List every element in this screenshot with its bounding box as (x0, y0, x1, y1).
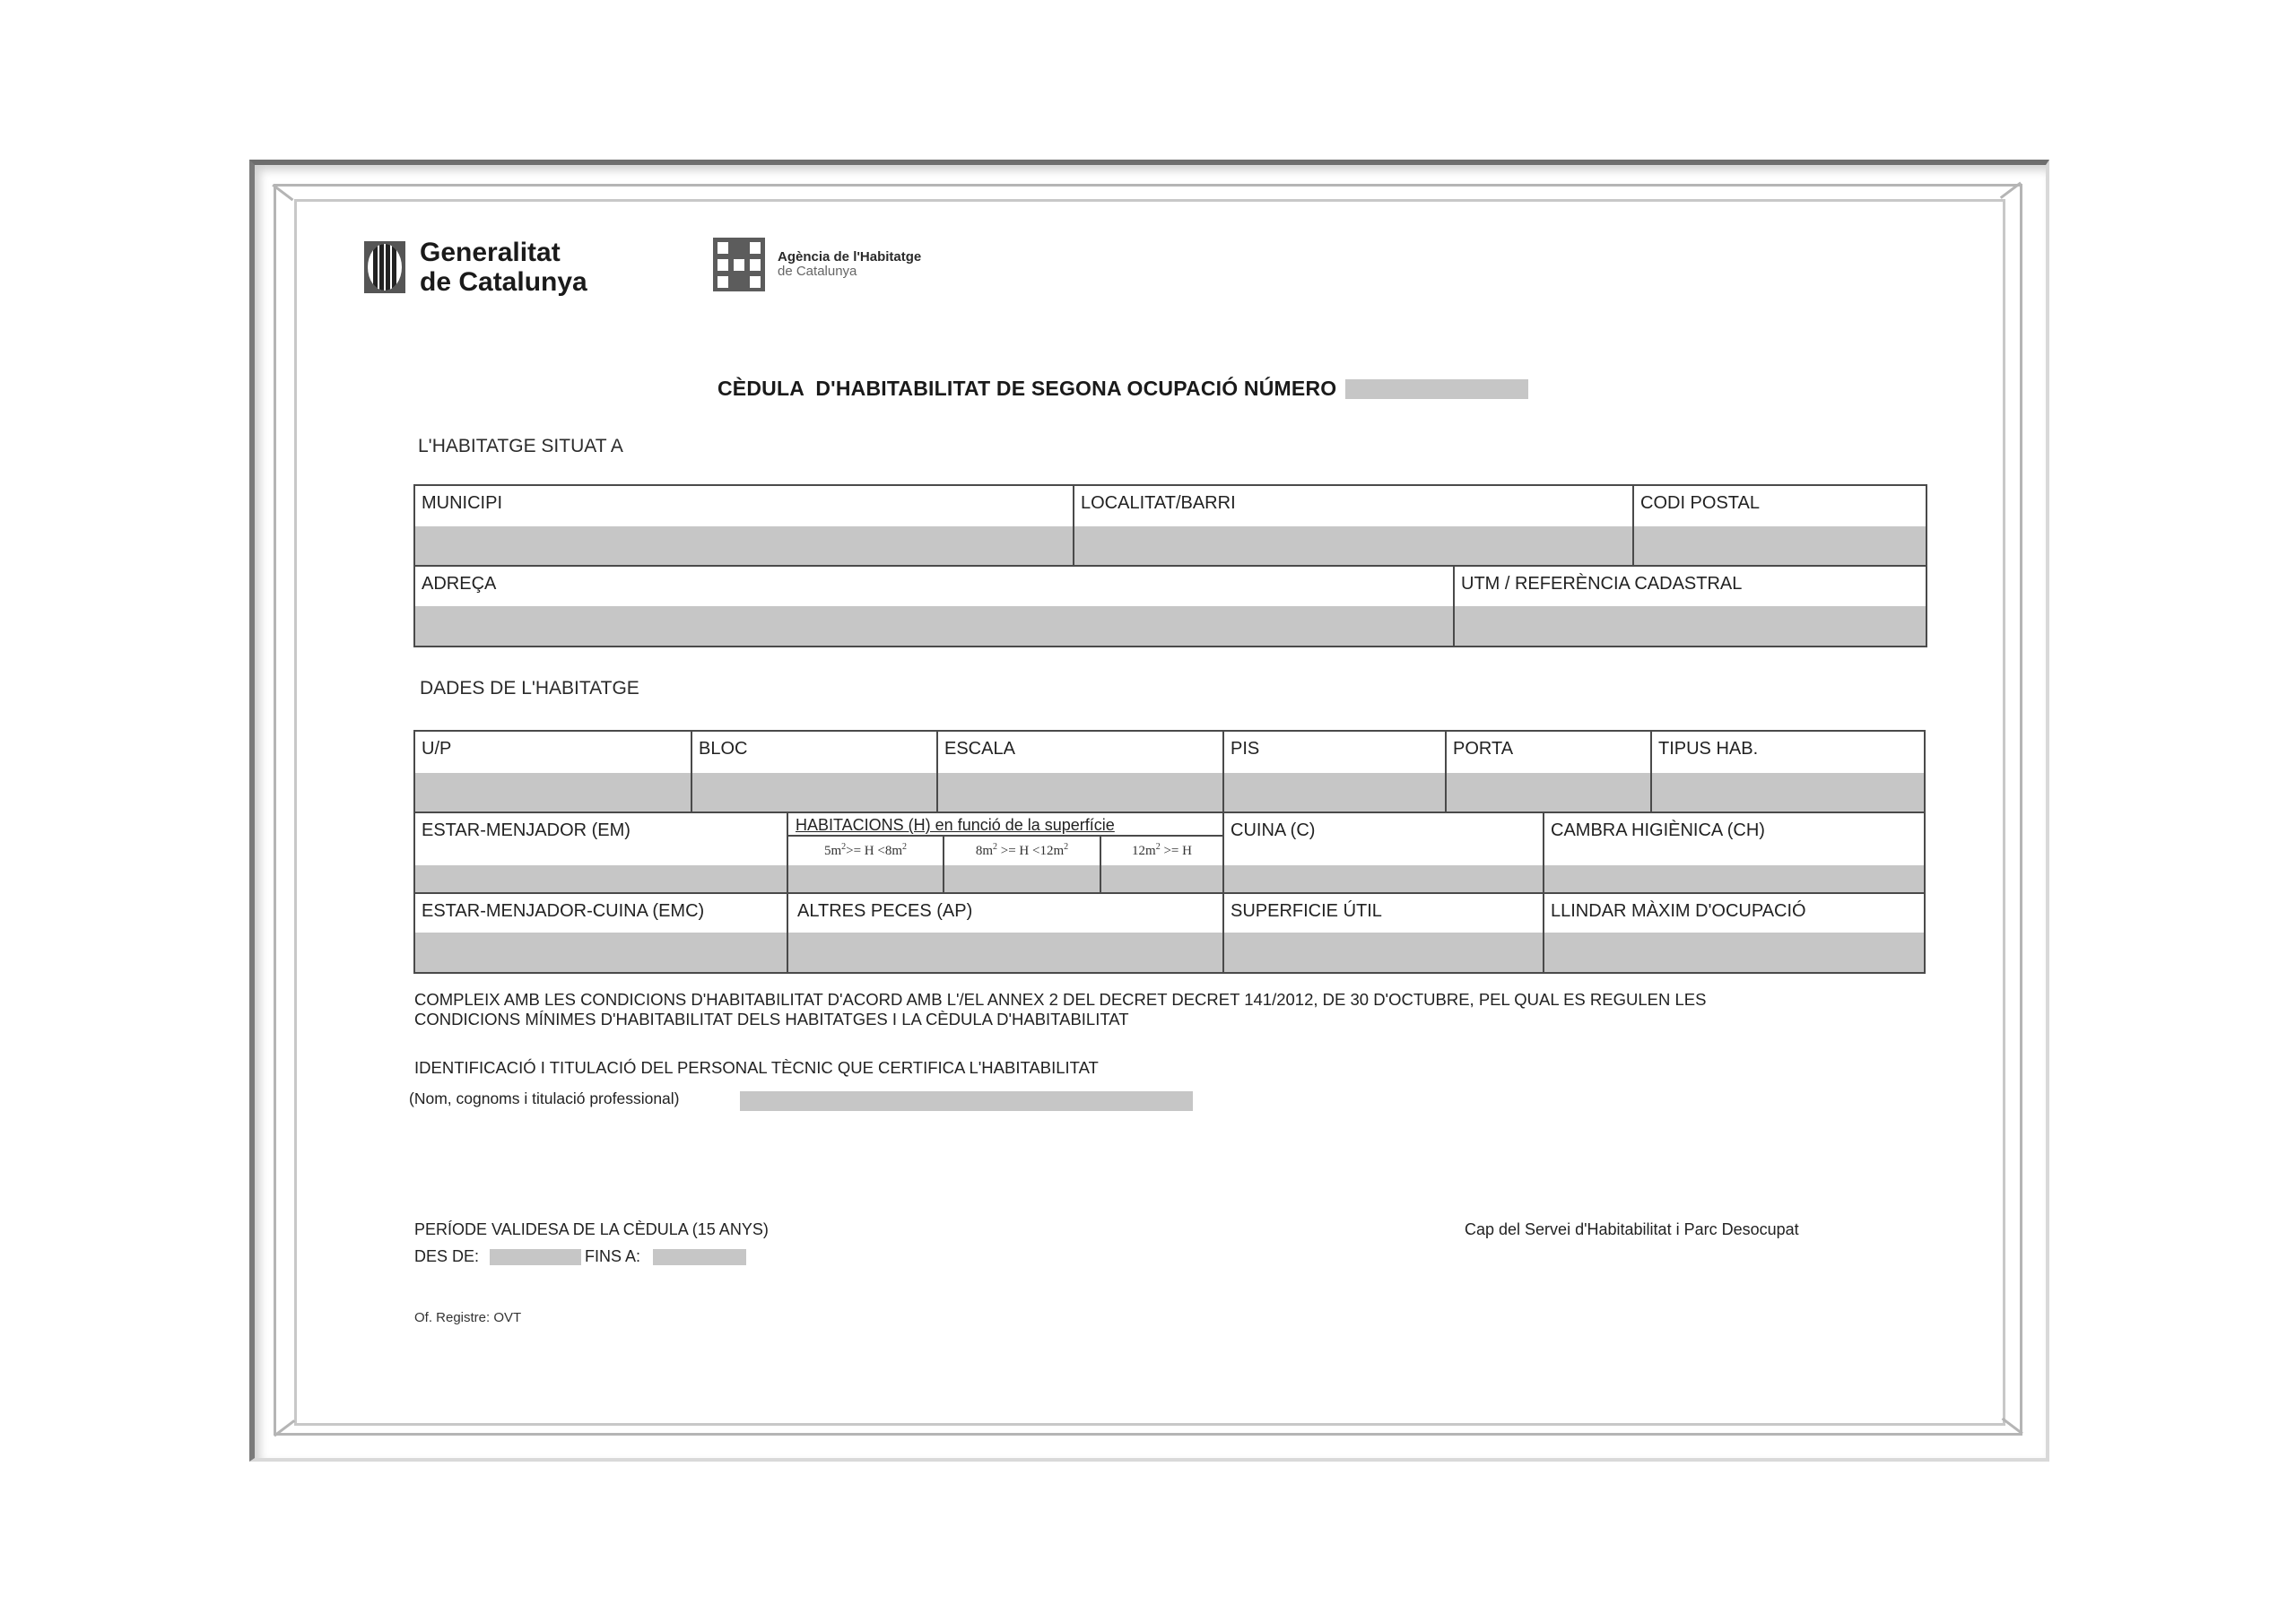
codi-postal-label: CODI POSTAL (1640, 493, 1760, 514)
municipi-label: MUNICIPI (422, 493, 502, 514)
pis-label: PIS (1231, 739, 1259, 759)
municipi-cell[interactable]: MUNICIPI (415, 486, 1074, 567)
up-value-redacted (415, 773, 691, 811)
estar-menjador-label: ESTAR-MENJADOR (EM) (422, 820, 631, 841)
compliance-statement: COMPLEIX AMB LES CONDICIONS D'HABITABILI… (414, 990, 1706, 1029)
emc-value-redacted (415, 933, 787, 972)
valid-to-redacted (653, 1249, 746, 1265)
generalitat-emblem-icon (364, 241, 405, 293)
superficie-util-label: SUPERFICIE ÚTIL (1231, 901, 1382, 922)
habitacions-range-large[interactable]: 12m2 >= H (1101, 835, 1222, 892)
agency-building-icon (713, 238, 765, 291)
altres-peces-label: ALTRES PECES (AP) (797, 901, 972, 922)
generalitat-name-line1: Generalitat (420, 238, 587, 267)
tipus-hab-value-redacted (1652, 773, 1924, 811)
emc-cell[interactable]: ESTAR-MENJADOR-CUINA (EMC) (415, 894, 788, 972)
up-cell[interactable]: U/P (415, 732, 692, 813)
cambra-higienica-cell[interactable]: CAMBRA HIGIÈNICA (CH) (1544, 813, 1924, 894)
emc-label: ESTAR-MENJADOR-CUINA (EMC) (422, 901, 704, 922)
agency-logo: Agència de l'Habitatge de Catalunya (713, 238, 921, 291)
certificate-number-redacted (1345, 379, 1528, 399)
localitat-value-redacted (1074, 526, 1632, 565)
llindar-ocupacio-cell[interactable]: LLINDAR MÀXIM D'OCUPACIÓ (1544, 894, 1924, 972)
escala-value-redacted (938, 773, 1222, 811)
cuina-label: CUINA (C) (1231, 820, 1315, 841)
adreca-label: ADREÇA (422, 574, 496, 595)
dwelling-table: U/P BLOC ESCALA PIS PORTA TIPUS HAB. EST… (413, 730, 1926, 974)
technician-name-redacted (740, 1091, 1193, 1111)
habitacions-range-small[interactable]: 5m2>= H <8m2 (788, 835, 944, 892)
document-title: CÈDULA D'HABITABILITAT DE SEGONA OCUPACI… (717, 377, 1528, 401)
altres-peces-cell[interactable]: ALTRES PECES (AP) (788, 894, 1224, 972)
up-label: U/P (422, 739, 451, 759)
altres-peces-value-redacted (788, 933, 1222, 972)
range-small-value-redacted (788, 865, 943, 892)
range-label-large: 12m2 >= H (1101, 842, 1222, 859)
bloc-cell[interactable]: BLOC (692, 732, 938, 813)
habitacions-cell: HABITACIONS (H) en funció de la superfíc… (788, 813, 1224, 894)
technician-name-label: (Nom, cognoms i titulació professional) (409, 1089, 680, 1108)
signatory-title: Cap del Servei d'Habitabilitat i Parc De… (1465, 1220, 1799, 1239)
porta-value-redacted (1447, 773, 1650, 811)
bloc-label: BLOC (699, 739, 747, 759)
range-large-value-redacted (1101, 865, 1222, 892)
localitat-label: LOCALITAT/BARRI (1081, 493, 1236, 514)
validity-heading: PERÍODE VALIDESA DE LA CÈDULA (15 ANYS) (414, 1220, 769, 1239)
cambra-higienica-value-redacted (1544, 865, 1924, 892)
compliance-line-2: CONDICIONS MÍNIMES D'HABITABILITAT DELS … (414, 1010, 1706, 1029)
location-section-label: L'HABITATGE SITUAT A (418, 436, 623, 457)
utm-value-redacted (1455, 606, 1926, 646)
agency-name-line1: Agència de l'Habitatge (778, 250, 921, 265)
tipus-hab-cell[interactable]: TIPUS HAB. (1652, 732, 1924, 813)
pis-value-redacted (1224, 773, 1445, 811)
cuina-cell[interactable]: CUINA (C) (1224, 813, 1544, 894)
title-text: CÈDULA D'HABITABILITAT DE SEGONA OCUPACI… (717, 377, 1336, 401)
escala-label: ESCALA (944, 739, 1015, 759)
utm-cell[interactable]: UTM / REFERÈNCIA CADASTRAL (1455, 567, 1926, 646)
superficie-util-value-redacted (1224, 933, 1543, 972)
bloc-value-redacted (692, 773, 936, 811)
adreca-cell[interactable]: ADREÇA (415, 567, 1455, 646)
adreca-value-redacted (415, 606, 1453, 646)
habitacions-label: HABITACIONS (H) en funció de la superfíc… (796, 816, 1115, 835)
cuina-value-redacted (1224, 865, 1543, 892)
municipi-value-redacted (415, 526, 1073, 565)
cambra-higienica-label: CAMBRA HIGIÈNICA (CH) (1551, 820, 1765, 841)
technician-heading: IDENTIFICACIÓ I TITULACIÓ DEL PERSONAL T… (414, 1058, 1099, 1078)
estar-menjador-value-redacted (415, 865, 787, 892)
valid-from-redacted (490, 1249, 581, 1265)
tipus-hab-label: TIPUS HAB. (1658, 739, 1758, 759)
valid-to-label: FINS A: (585, 1247, 640, 1266)
valid-from-label: DES DE: (414, 1247, 479, 1266)
generalitat-logo: Generalitat de Catalunya (364, 238, 587, 297)
llindar-ocupacio-value-redacted (1544, 933, 1924, 972)
range-medium-value-redacted (944, 865, 1100, 892)
porta-label: PORTA (1453, 739, 1513, 759)
codi-postal-value-redacted (1634, 526, 1926, 565)
codi-postal-cell[interactable]: CODI POSTAL (1634, 486, 1926, 567)
compliance-line-1: COMPLEIX AMB LES CONDICIONS D'HABITABILI… (414, 990, 1706, 1010)
utm-label: UTM / REFERÈNCIA CADASTRAL (1461, 574, 1742, 595)
escala-cell[interactable]: ESCALA (938, 732, 1224, 813)
localitat-cell[interactable]: LOCALITAT/BARRI (1074, 486, 1634, 567)
llindar-ocupacio-label: LLINDAR MÀXIM D'OCUPACIÓ (1551, 901, 1806, 922)
porta-cell[interactable]: PORTA (1447, 732, 1652, 813)
pis-cell[interactable]: PIS (1224, 732, 1447, 813)
estar-menjador-cell[interactable]: ESTAR-MENJADOR (EM) (415, 813, 788, 894)
dwelling-section-label: DADES DE L'HABITATGE (420, 678, 639, 699)
agency-name-line2: de Catalunya (778, 265, 921, 279)
range-label-medium: 8m2 >= H <12m2 (944, 842, 1100, 859)
superficie-util-cell[interactable]: SUPERFICIE ÚTIL (1224, 894, 1544, 972)
range-label-small: 5m2>= H <8m2 (788, 842, 943, 859)
registry-office: Of. Registre: OVT (414, 1310, 521, 1325)
habitacions-range-medium[interactable]: 8m2 >= H <12m2 (944, 835, 1101, 892)
location-table: MUNICIPI LOCALITAT/BARRI CODI POSTAL ADR… (413, 484, 1927, 647)
generalitat-name-line2: de Catalunya (420, 267, 587, 297)
